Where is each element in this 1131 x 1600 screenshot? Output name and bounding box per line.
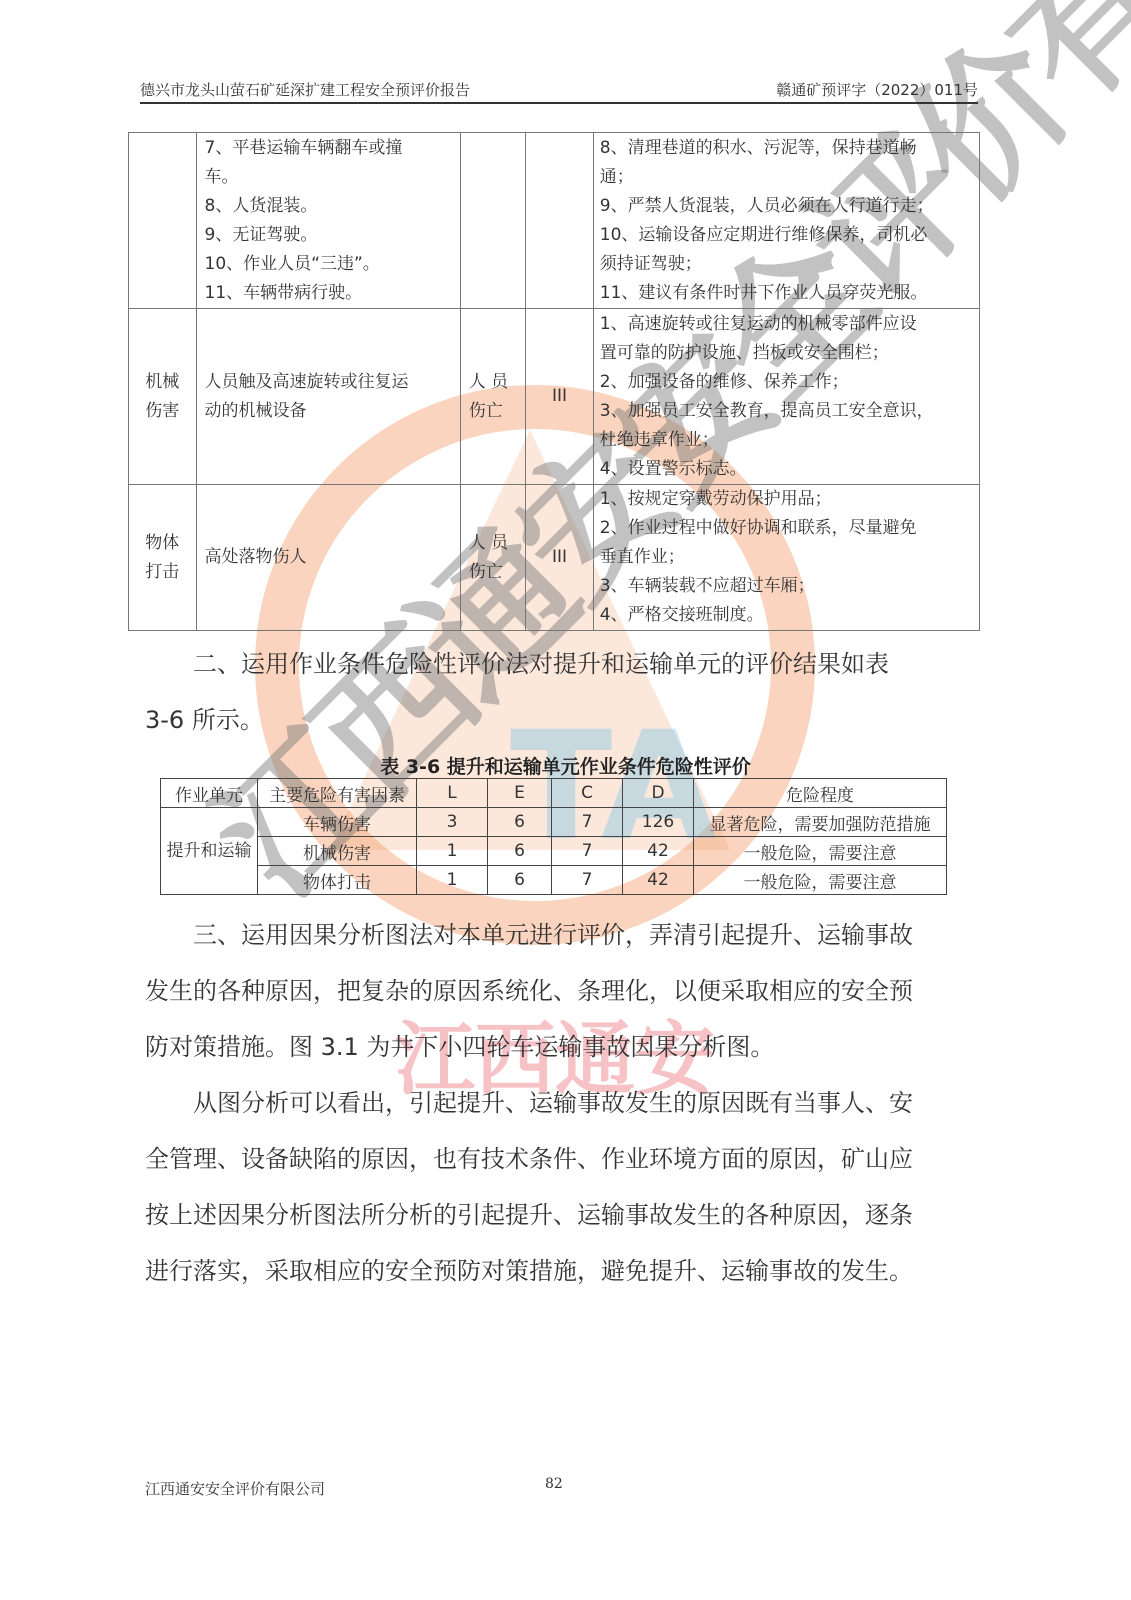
report-number: 赣通矿预评字（2022）011号: [776, 79, 978, 100]
paragraph-4: 从图分析可以看出，引起提升、运输事故发生的原因既有当事人、安 全管理、设备缺陷的…: [145, 1075, 975, 1299]
column-header: 主要危险有害因素: [258, 779, 417, 808]
table-row: 机械 伤害 人员触及高速旋转或往复运 动的机械设备 人 员 伤亡 III 1、高…: [129, 309, 980, 485]
table-row: 提升和运输 车辆伤害 3 6 7 126 显著危险，需要加强防范措施: [161, 808, 947, 837]
consequence-cell: 人 员 伤亡: [460, 485, 526, 631]
measures-cell: 8、清理巷道的积水、污泥等，保持巷道畅 通； 9、严禁人货混装，人员必须在人行道…: [593, 133, 979, 309]
table-caption: 表 3-6 提升和运输单元作业条件危险性评价: [0, 752, 1131, 779]
paragraph-2: 二、运用作业条件危险性评价法对提升和运输单元的评价结果如表 3-6 所示。: [145, 636, 975, 748]
table-header-row: 作业单元 主要危险有害因素 L E C D 危险程度: [161, 779, 947, 808]
paragraph-3: 三、运用因果分析图法对本单元进行评价，弄清引起提升、运输事故 发生的各种原因，把…: [145, 907, 975, 1075]
report-title: 德兴市龙头山萤石矿延深扩建工程安全预评价报告: [140, 79, 470, 100]
table-row: 物体 打击 高处落物伤人 人 员 伤亡 III 1、按规定穿戴劳动保护用品； 2…: [129, 485, 980, 631]
column-header: 作业单元: [161, 779, 258, 808]
column-header: L: [417, 779, 488, 808]
level-cell: III: [526, 309, 594, 485]
cause-cell: 高处落物伤人: [196, 485, 460, 631]
consequence-cell: 人 员 伤亡: [460, 309, 526, 485]
level-cell: [526, 133, 594, 309]
hazard-cell: 物体 打击: [129, 485, 197, 631]
footer-company: 江西通安安全评价有限公司: [145, 1478, 325, 1499]
unit-cell: 提升和运输: [161, 808, 258, 895]
page-header: 德兴市龙头山萤石矿延深扩建工程安全预评价报告 赣通矿预评字（2022）011号: [140, 78, 978, 104]
cause-cell: 7、平巷运输车辆翻车或撞 车。 8、人货混装。 9、无证驾驶。 10、作业人员“…: [196, 133, 460, 309]
column-header: E: [488, 779, 552, 808]
measures-cell: 1、高速旋转或往复运动的机械零部件应设 置可靠的防护设施、挡板或安全围栏； 2、…: [593, 309, 979, 485]
hazard-measures-table: 7、平巷运输车辆翻车或撞 车。 8、人货混装。 9、无证驾驶。 10、作业人员“…: [128, 132, 980, 631]
page-number: 82: [545, 1476, 563, 1492]
table-row: 物体打击 1 6 7 42 一般危险，需要注意: [161, 866, 947, 895]
column-header: D: [623, 779, 694, 808]
column-header: 危险程度: [694, 779, 947, 808]
table-row: 机械伤害 1 6 7 42 一般危险，需要注意: [161, 837, 947, 866]
level-cell: III: [526, 485, 594, 631]
hazard-cell: [129, 133, 197, 309]
table-row: 7、平巷运输车辆翻车或撞 车。 8、人货混装。 9、无证驾驶。 10、作业人员“…: [129, 133, 980, 309]
cause-cell: 人员触及高速旋转或往复运 动的机械设备: [196, 309, 460, 485]
measures-cell: 1、按规定穿戴劳动保护用品； 2、作业过程中做好协调和联系，尽量避免 垂直作业；…: [593, 485, 979, 631]
hazard-cell: 机械 伤害: [129, 309, 197, 485]
column-header: C: [552, 779, 623, 808]
risk-evaluation-table: 作业单元 主要危险有害因素 L E C D 危险程度 提升和运输 车辆伤害 3 …: [160, 778, 947, 895]
consequence-cell: [460, 133, 526, 309]
